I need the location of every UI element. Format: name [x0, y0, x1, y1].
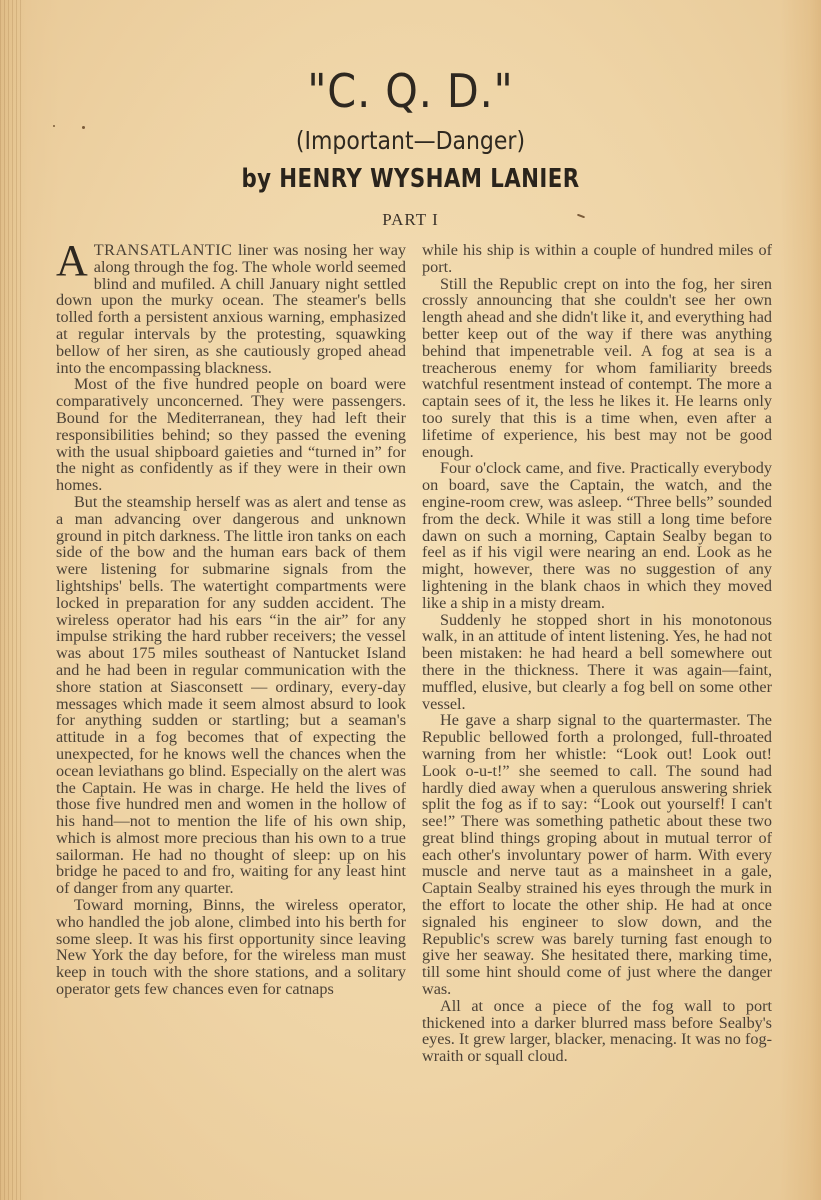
- article-byline: by HENRY WYSHAM LANIER: [74, 164, 747, 194]
- paragraph: ATRANSATLANTIC liner was nosing her way …: [56, 242, 406, 376]
- paragraph: He gave a sharp signal to the quartermas…: [422, 712, 772, 998]
- drop-cap: A: [56, 244, 88, 278]
- paragraph: Toward morning, Binns, the wireless oper…: [56, 897, 406, 998]
- paragraph: Four o'clock came, and five. Practically…: [422, 460, 772, 611]
- lead-word: TRANSATLANTIC: [94, 241, 233, 259]
- paragraph: Suddenly he stopped short in his monoton…: [422, 612, 772, 713]
- left-column: ATRANSATLANTIC liner was nosing her way …: [56, 242, 406, 998]
- article-title: "C. Q. D.": [41, 64, 780, 118]
- right-column: while his ship is within a couple of hun…: [422, 242, 772, 1065]
- page-binding-edge: [0, 0, 22, 1200]
- paper-speck: [53, 125, 55, 127]
- paragraph: But the steamship herself was as alert a…: [56, 494, 406, 897]
- article-subtitle: (Important—Danger): [49, 126, 771, 155]
- paragraph: Most of the five hundred people on board…: [56, 376, 406, 494]
- magazine-page: "C. Q. D." (Important—Danger) by HENRY W…: [0, 0, 821, 1200]
- paragraph: All at once a piece of the fog wall to p…: [422, 998, 772, 1065]
- part-heading: PART I: [0, 210, 821, 230]
- paper-speck: [82, 126, 85, 129]
- paragraph-continued: while his ship is within a couple of hun…: [422, 242, 772, 276]
- paragraph-text: liner was nosing her way along through t…: [56, 241, 406, 377]
- paragraph: Still the Republic crept on into the fog…: [422, 276, 772, 461]
